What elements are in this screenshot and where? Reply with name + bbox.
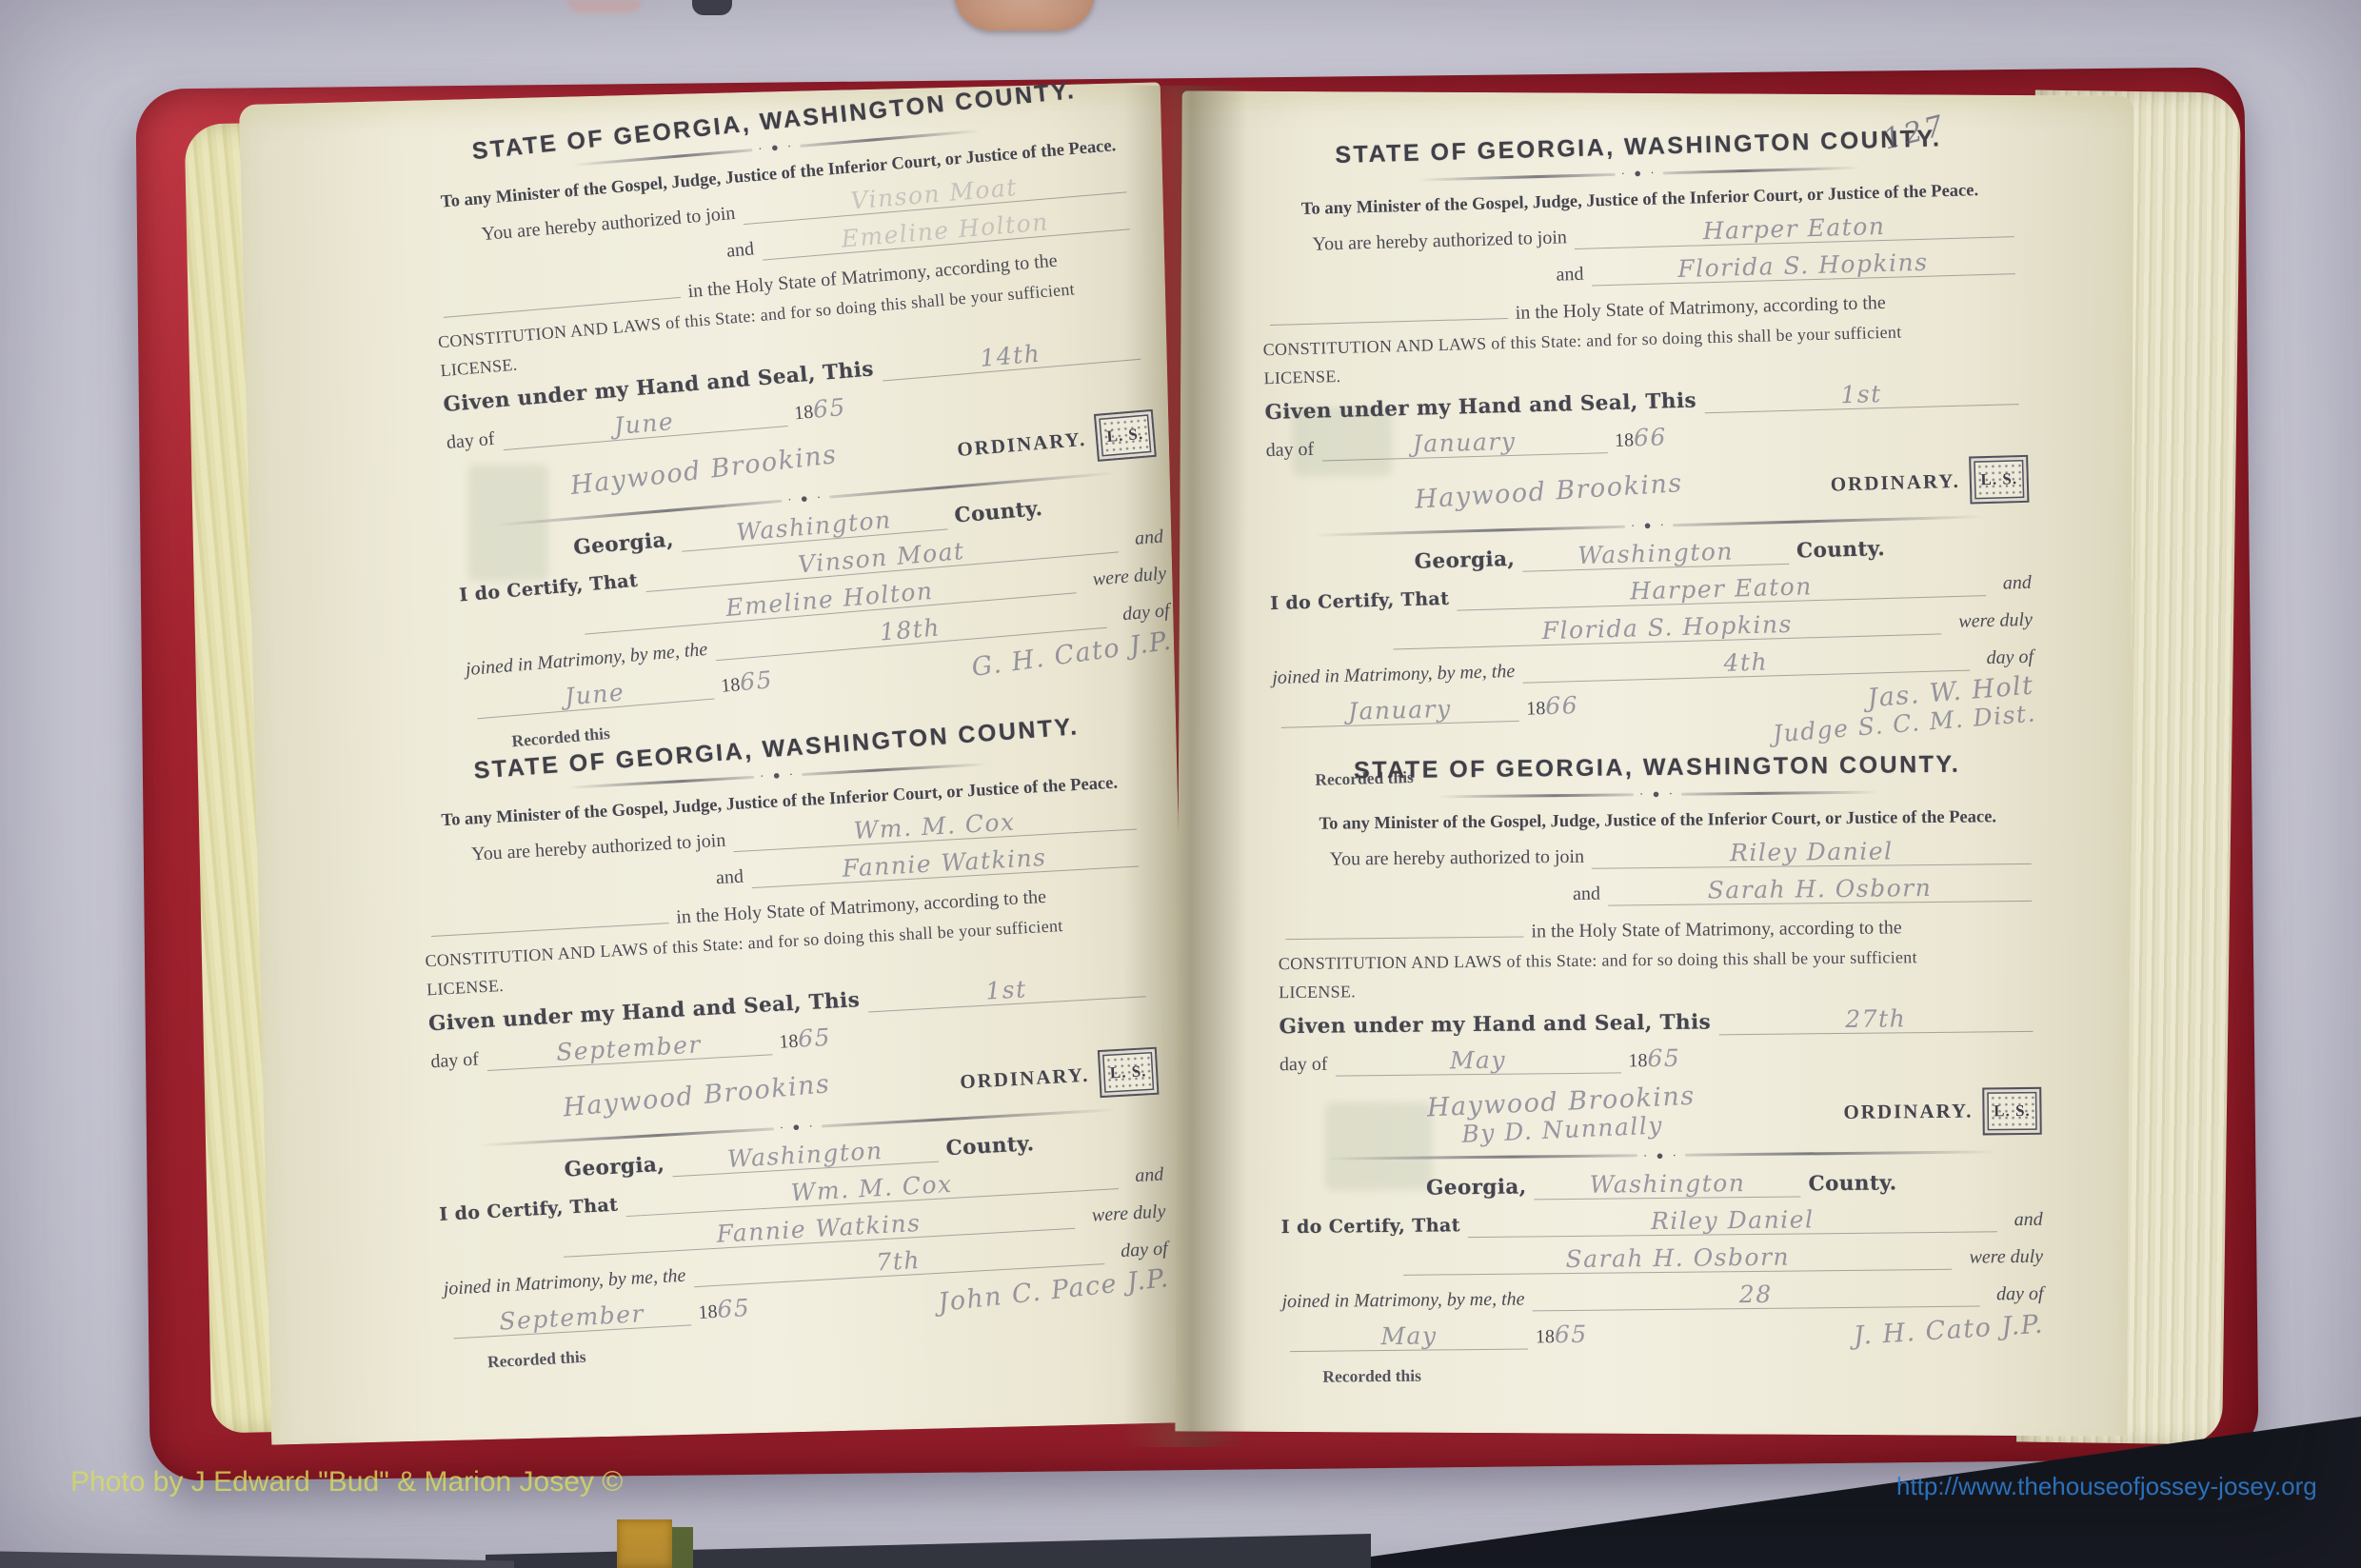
authorize-label: You are hereby authorized to join xyxy=(1312,227,1567,255)
certify-label: I do Certify, That xyxy=(1281,1215,1460,1238)
georgia-label: Georgia, xyxy=(564,1153,665,1182)
year-prefix: 18 xyxy=(1615,429,1635,452)
recorded-this-label: Recorded this xyxy=(1322,1365,1421,1386)
cert-day-handwritten: 18th xyxy=(879,613,942,645)
ordinary-label: ORDINARY. xyxy=(1843,1100,1973,1124)
officiant-signature: J. H. Cato J.P. xyxy=(1853,1309,2045,1351)
day-of-label: day of xyxy=(446,428,495,454)
cert-groom-handwritten: Vinson Moat xyxy=(797,537,966,579)
yellow-object-under-table xyxy=(617,1519,672,1568)
authorize-label: You are hereby authorized to join xyxy=(471,830,726,866)
ls-seal-stamp: L. S. xyxy=(1982,1087,2042,1136)
year-prefix: 18 xyxy=(1536,1326,1555,1348)
ordinary-label: ORDINARY. xyxy=(960,1062,1090,1094)
county-label: County. xyxy=(945,1132,1035,1161)
cert-groom-handwritten: Harper Eaton xyxy=(1630,572,1813,605)
ordinary-label: ORDINARY. xyxy=(1830,468,1960,496)
license-month-handwritten: June xyxy=(613,407,675,440)
license-year-handwritten: 66 xyxy=(1634,423,1668,451)
year-prefix: 18 xyxy=(793,402,814,426)
constitution-line: CONSTITUTION AND LAWS of this State: and… xyxy=(1279,947,1917,974)
authorize-label: You are hereby authorized to join xyxy=(481,203,736,246)
ordinary-signature: Haywood Brookins xyxy=(1414,469,1683,516)
website-url-watermark: http://www.thehouseofjossey-josey.org xyxy=(1896,1472,2317,1501)
green-object-under-table xyxy=(672,1527,693,1568)
addressee-line: To any Minister of the Gospel, Judge, Ju… xyxy=(1277,807,2038,835)
cert-day-handwritten: 28 xyxy=(1739,1280,1773,1308)
cert-month-handwritten: September xyxy=(499,1300,645,1335)
cert-day-handwritten: 4th xyxy=(1723,648,1768,677)
and-label: and xyxy=(1125,1164,1164,1188)
dark-object-top-edge xyxy=(692,0,732,15)
cert-bride-handwritten: Sarah H. Osborn xyxy=(1565,1242,1790,1272)
divider-ornament: · ● · xyxy=(1326,1146,1996,1164)
day-of-label: day of xyxy=(1112,600,1170,626)
and-label: and xyxy=(2005,1209,2043,1231)
day-of-label: day of xyxy=(1265,439,1314,462)
license-label: LICENSE. xyxy=(1263,367,1340,388)
marriage-license-form: STATE OF GEORGIA, WASHINGTON COUNTY. · ●… xyxy=(421,78,1177,755)
bride-name-handwritten: Sarah H. Osborn xyxy=(1708,874,1933,903)
county-label: County. xyxy=(1796,537,1886,564)
license-label: LICENSE. xyxy=(440,355,518,382)
were-duly-label: were duly xyxy=(1082,563,1167,591)
cert-month-handwritten: June xyxy=(564,678,625,710)
marriage-license-form: STATE OF GEORGIA, WASHINGTON COUNTY. · ●… xyxy=(1258,123,2037,791)
county-handwritten: Washington xyxy=(1577,538,1734,570)
cert-bride-handwritten: Florida S. Hopkins xyxy=(1541,610,1793,645)
certify-label: I do Certify, That xyxy=(439,1195,619,1225)
georgia-label: Georgia, xyxy=(1414,547,1515,574)
county-handwritten: Washington xyxy=(726,1137,883,1173)
license-day-handwritten: 1st xyxy=(1840,380,1882,408)
day-of-label: day of xyxy=(1280,1054,1328,1077)
cert-year-handwritten: 66 xyxy=(1545,691,1579,720)
cert-month-handwritten: May xyxy=(1380,1321,1437,1350)
groom-name-handwritten: Riley Daniel xyxy=(1730,837,1894,866)
year-prefix: 18 xyxy=(779,1031,799,1054)
and-label: and xyxy=(1556,264,1584,287)
day-of-label: day of xyxy=(430,1048,480,1073)
day-of-label: day of xyxy=(1111,1238,1169,1262)
license-year-handwritten: 65 xyxy=(812,393,847,424)
table-edge-shadow-left xyxy=(0,1544,514,1568)
and-label: and xyxy=(725,238,755,262)
license-day-handwritten: 27th xyxy=(1845,1004,1906,1033)
and-label: and xyxy=(1573,883,1600,905)
joined-matrimony-line: joined in Matrimony, by me, the xyxy=(443,1265,686,1300)
cert-bride-handwritten: Emeline Holton xyxy=(724,577,934,622)
divider-ornament: · ● · xyxy=(1437,786,1878,803)
were-duly-label: were duly xyxy=(1081,1201,1166,1227)
georgia-label: Georgia, xyxy=(572,527,674,560)
license-month-handwritten: September xyxy=(555,1030,702,1065)
fingertip xyxy=(954,0,1095,30)
photo-scene: 127 STATE OF GEORGIA, WASHINGTON COUNTY.… xyxy=(0,0,2361,1568)
photo-credit-watermark: Photo by J Edward "Bud" & Marion Josey © xyxy=(70,1466,623,1499)
day-of-label: day of xyxy=(1976,646,2034,670)
year-prefix: 18 xyxy=(698,1301,718,1324)
finger-smudge xyxy=(567,0,642,13)
cert-groom-handwritten: Wm. M. Cox xyxy=(790,1170,953,1206)
county-label: County. xyxy=(1808,1171,1896,1196)
georgia-label: Georgia, xyxy=(1426,1175,1527,1200)
cert-year-handwritten: 65 xyxy=(717,1294,751,1323)
cert-groom-handwritten: Riley Daniel xyxy=(1651,1205,1815,1235)
ls-seal-stamp: L. S. xyxy=(1098,1047,1160,1098)
license-day-handwritten: 1st xyxy=(984,975,1027,1004)
groom-name-handwritten: Vinson Moat xyxy=(849,173,1019,215)
ls-seal-stamp: L. S. xyxy=(1969,455,2029,505)
ls-seal-stamp: L. S. xyxy=(1094,409,1157,462)
certify-label: I do Certify, That xyxy=(1270,588,1450,614)
groom-name-handwritten: Harper Eaton xyxy=(1702,212,1885,245)
license-month-handwritten: January xyxy=(1412,427,1516,458)
license-label: LICENSE. xyxy=(427,976,505,1000)
marriage-license-form: STATE OF GEORGIA, WASHINGTON COUNTY. · ●… xyxy=(1277,750,2045,1387)
year-prefix: 18 xyxy=(720,674,741,698)
bride-name-handwritten: Fannie Watkins xyxy=(842,844,1047,883)
and-label: and xyxy=(715,866,744,890)
matrimony-line: in the Holy State of Matrimony, accordin… xyxy=(1515,292,1886,325)
year-prefix: 18 xyxy=(1526,698,1546,721)
license-year-handwritten: 65 xyxy=(1647,1044,1680,1072)
and-label: and xyxy=(1124,526,1164,550)
joined-matrimony-line: joined in Matrimony, by me, the xyxy=(1281,1288,1524,1313)
matrimony-line: in the Holy State of Matrimony, accordin… xyxy=(1531,917,1901,943)
given-under-seal-line: Given under my Hand and Seal, This xyxy=(1264,389,1696,426)
ordinary-label: ORDINARY. xyxy=(956,427,1087,461)
county-handwritten: Washington xyxy=(735,506,893,546)
license-month-handwritten: May xyxy=(1450,1046,1506,1075)
cert-month-handwritten: January xyxy=(1348,695,1452,725)
bride-name-handwritten: Emeline Holton xyxy=(840,208,1049,252)
joined-matrimony-line: joined in Matrimony, by me, the xyxy=(1272,661,1515,689)
bride-name-handwritten: Florida S. Hopkins xyxy=(1677,248,1929,283)
marriage-license-form: STATE OF GEORGIA, WASHINGTON COUNTY. · ●… xyxy=(413,715,1172,1375)
and-label: and xyxy=(1994,572,2033,595)
groom-name-handwritten: Wm. M. Cox xyxy=(853,808,1016,844)
license-year-handwritten: 65 xyxy=(797,1023,831,1053)
authorize-label: You are hereby authorized to join xyxy=(1330,846,1585,871)
license-label: LICENSE. xyxy=(1279,982,1356,1002)
year-prefix: 18 xyxy=(1628,1050,1647,1072)
were-duly-label: were duly xyxy=(1949,609,2033,633)
cert-year-handwritten: 65 xyxy=(1555,1320,1588,1348)
cert-year-handwritten: 65 xyxy=(739,665,774,696)
county-handwritten: Washington xyxy=(1590,1169,1746,1199)
cert-bride-handwritten: Fannie Watkins xyxy=(716,1209,922,1248)
day-of-label: day of xyxy=(1987,1283,2044,1306)
ordinary-signature: Haywood Brookins xyxy=(562,1069,832,1122)
given-under-seal-line: Given under my Hand and Seal, This xyxy=(1279,1010,1711,1039)
certify-label: I do Certify, That xyxy=(459,570,639,606)
were-duly-label: were duly xyxy=(1959,1246,2043,1269)
license-day-handwritten: 14th xyxy=(979,340,1042,372)
county-label: County. xyxy=(954,497,1044,528)
cert-day-handwritten: 7th xyxy=(876,1246,922,1277)
